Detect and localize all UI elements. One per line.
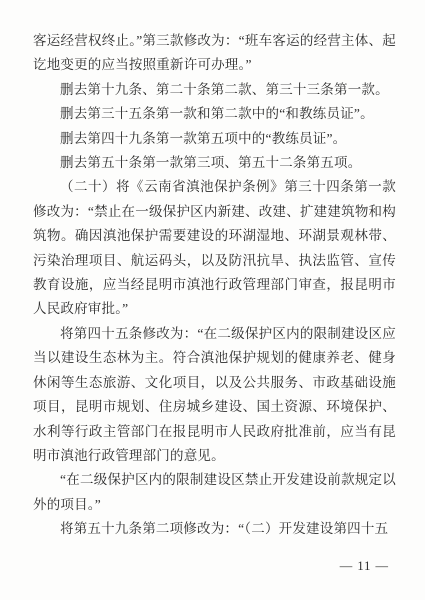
paragraph-delete-clause-4: 删去第五十条第一款第三项、第五十二条第五项。 <box>33 151 396 175</box>
paragraph-continuation: 客运经营权终止。”第三款修改为：“班车客运的经营主体、起讫地变更的应当按照重新许… <box>33 29 396 78</box>
paragraph-delete-clause-2: 删去第三十五条第一款和第二款中的“和教练员证”。 <box>33 102 396 126</box>
paragraph-delete-clause-1: 删去第十九条、第二十条第二款、第三十三条第一款。 <box>33 78 396 102</box>
document-page: 客运经营权终止。”第三款修改为：“班车客运的经营主体、起讫地变更的应当按照重新许… <box>0 0 425 600</box>
paragraph-amendment-20: （二十）将《云南省滇池保护条例》第三十四条第一款修改为：“禁止在一级保护区内新建… <box>33 175 396 321</box>
paragraph-article-45: 将第四十五条修改为：“在二级保护区内的限制建设区应当以建设生态林为主。符合滇池保… <box>33 322 396 468</box>
paragraph-article-45-continued: “在二级保护区内的限制建设区禁止开发建设前款规定以外的项目。” <box>33 468 396 517</box>
page-number: — 11 — <box>340 559 389 574</box>
paragraph-article-59: 将第五十九条第二项修改为：“（二）开发建设第四十五 <box>33 517 396 541</box>
document-body: 客运经营权终止。”第三款修改为：“班车客运的经营主体、起讫地变更的应当按照重新许… <box>33 29 396 542</box>
paragraph-delete-clause-3: 删去第四十九条第一款第五项中的“教练员证”。 <box>33 127 396 151</box>
